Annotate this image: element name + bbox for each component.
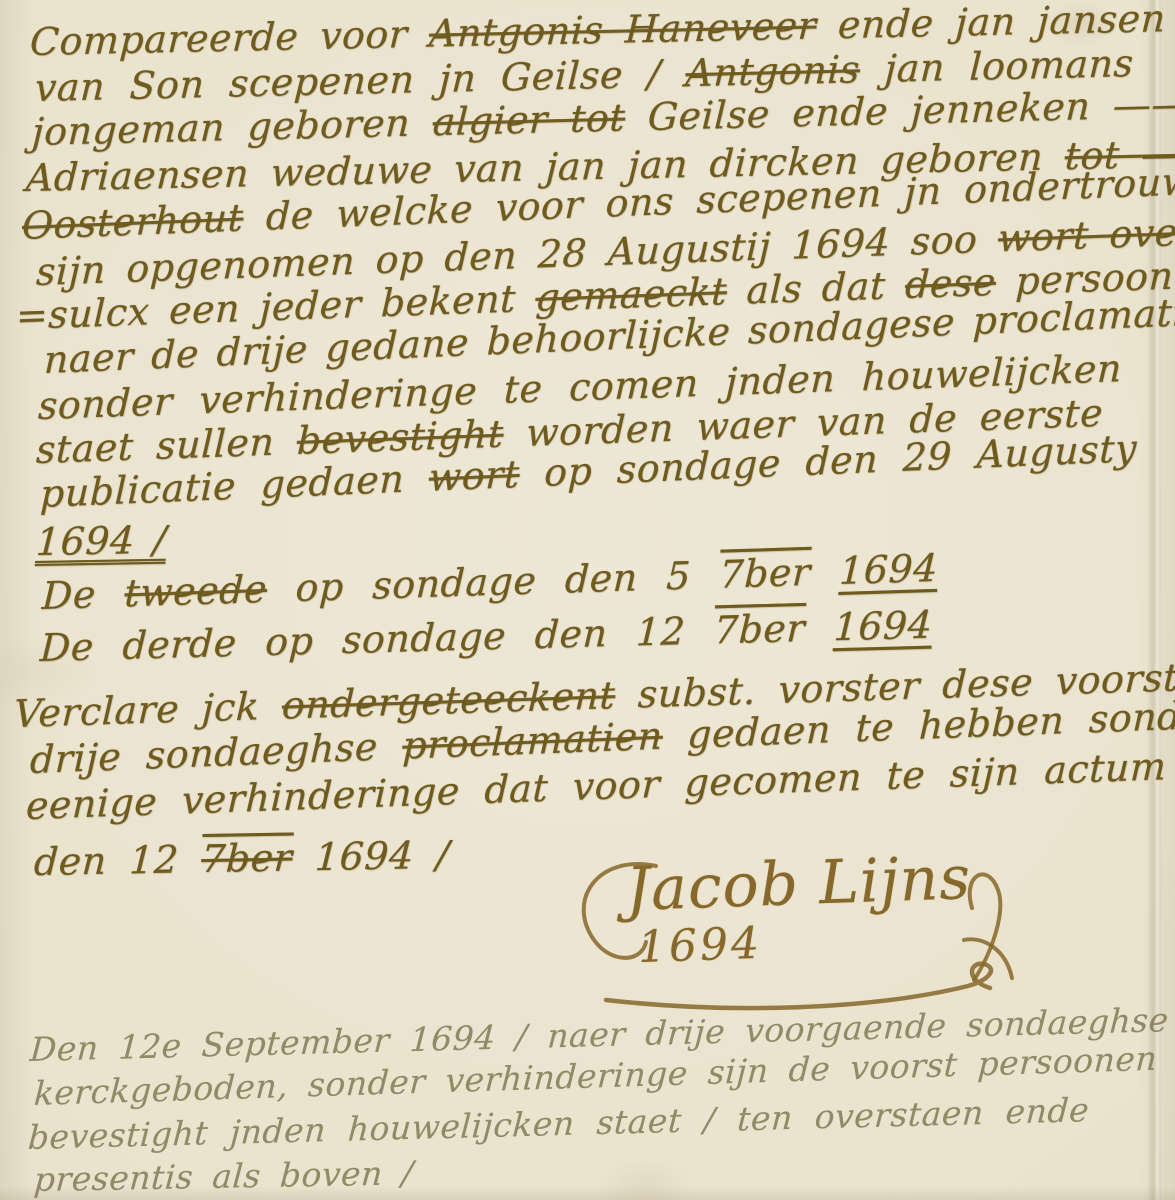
- overlined-text: 7ber: [713, 606, 806, 652]
- struck-text: wort over: [997, 209, 1175, 260]
- struck-text: 7ber: [200, 835, 293, 881]
- struck-text: Oosterhout: [21, 195, 244, 248]
- text-line: De derde op sondage den 12 7ber 1694: [39, 605, 933, 669]
- handwritten-text: ende jan jansen: [815, 0, 1166, 48]
- handwritten-text: Verclare jck: [13, 684, 283, 736]
- handwritten-text: op sondage den 5: [266, 553, 720, 611]
- postscript-line: presentis als boven /: [33, 1155, 415, 1197]
- handwritten-text: presentis als boven /: [33, 1153, 415, 1199]
- text-line: 1694 /: [35, 520, 168, 563]
- handwritten-text: Compareerde voor: [29, 12, 430, 64]
- struck-text: algier tot: [432, 95, 626, 144]
- underlined-text: 1694: [838, 546, 938, 593]
- signature-year: 1694: [637, 922, 762, 970]
- handwritten-text: De derde op sondage den 12: [39, 608, 715, 670]
- struck-text: Antgonis: [685, 47, 862, 95]
- handwritten-text: 1694 /: [291, 833, 450, 880]
- struck-text: wort: [428, 452, 520, 500]
- text-line: den 12 7ber 1694 /: [33, 835, 451, 883]
- overlined-text: 7ber: [719, 550, 812, 597]
- manuscript-page: Compareerde voor Antgonis Haneveer ende …: [0, 0, 1175, 1200]
- struck-text: proclamatien: [402, 714, 664, 768]
- handwritten-text: De: [41, 571, 125, 618]
- handwritten-text: [810, 549, 840, 594]
- struck-text: Antgonis Haneveer: [428, 3, 818, 55]
- underlined-text: 1694: [833, 603, 934, 650]
- underlined-text: 1694 /: [35, 518, 168, 564]
- struck-text: tweede: [124, 567, 268, 616]
- handwritten-text: jongeman geboren: [31, 100, 434, 154]
- signature-name: Jacob Lijns: [625, 848, 972, 920]
- handwritten-text: [804, 605, 835, 650]
- handwritten-text: den 12: [33, 837, 203, 884]
